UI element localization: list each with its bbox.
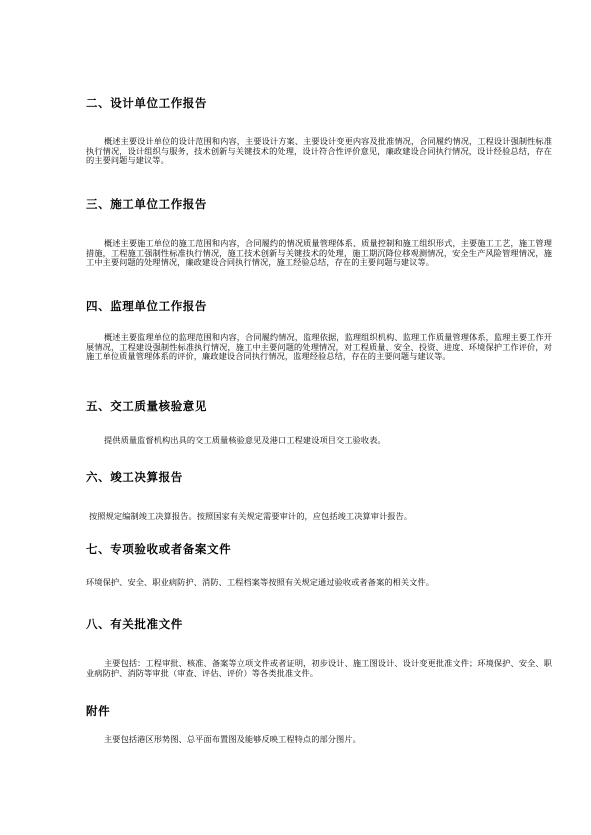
- section-heading-attachments: 附件: [86, 704, 110, 718]
- section-heading-final-accounts-report: 六、竣工决算报告: [86, 470, 183, 484]
- section-body-supervision-unit-report: 概述主要监理单位的监理范围和内容，合同履约情况，监理依据，监理组织机构、监理工作…: [86, 333, 552, 362]
- section-heading-quality-verification: 五、交工质量核验意见: [86, 399, 207, 413]
- document-page: 二、设计单位工作报告 概述主要设计单位的设计范围和内容，主要设计方案、主要设计变…: [0, 0, 591, 835]
- section-body-special-acceptance-files: 环境保护、安全、职业病防护、消防、工程档案等按照有关规定通过验收或者备案的相关文…: [86, 578, 552, 588]
- section-body-final-accounts-report: 按照规定编制竣工决算报告。按照国家有关规定需要审计的，应包括竣工决算审计报告。: [89, 512, 555, 522]
- section-heading-construction-unit-report: 三、施工单位工作报告: [86, 197, 207, 211]
- section-heading-special-acceptance-files: 七、专项验收或者备案文件: [86, 542, 231, 556]
- section-body-construction-unit-report: 概述主要施工单位的施工范围和内容，合同履约的情况质量管理体系、质量控制和施工组织…: [86, 239, 552, 268]
- section-heading-design-unit-report: 二、设计单位工作报告: [86, 96, 207, 110]
- section-body-quality-verification: 提供质量监督机构出具的交工质量核验意见及港口工程建设项目交工验收表。: [86, 436, 552, 446]
- section-body-design-unit-report: 概述主要设计单位的设计范围和内容，主要设计方案、主要设计变更内容及批准情况，合同…: [86, 137, 552, 166]
- section-heading-approval-documents: 八、有关批准文件: [86, 617, 183, 631]
- section-body-attachments: 主要包括港区形势图、总平面布置图及能够反映工程特点的部分图片。: [86, 735, 552, 745]
- section-heading-supervision-unit-report: 四、监理单位工作报告: [86, 299, 207, 313]
- section-body-approval-documents: 主要包括：工程审批、核准、备案等立项文件或者证明，初步设计、施工图设计、设计变更…: [86, 659, 552, 678]
